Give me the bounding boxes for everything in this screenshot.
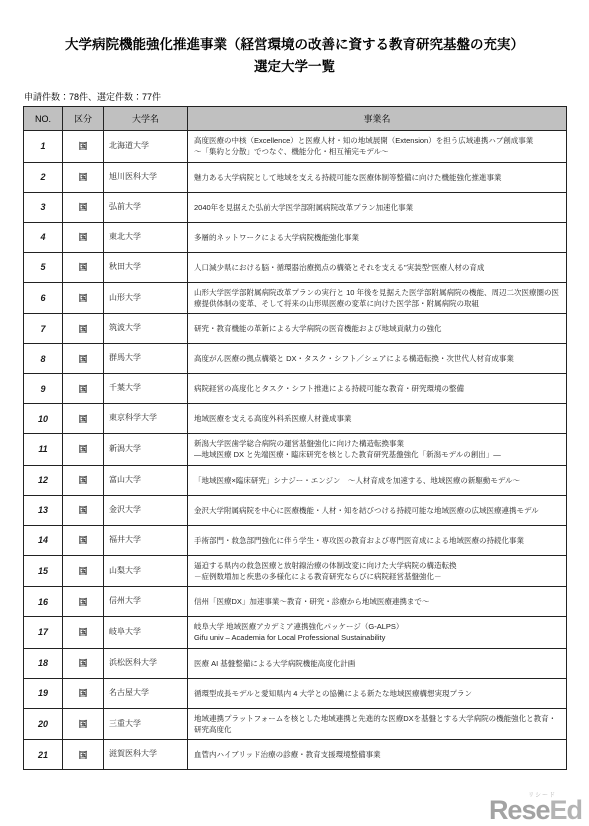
header-university: 大学名	[104, 107, 188, 131]
row-category: 国	[63, 678, 104, 708]
row-project-line: 高度医療の中核（Excellence）と医療人材・知の地域展開（Extensio…	[194, 135, 562, 146]
row-project: 人口減少県における脳・循環器治療拠点の構築とそれを支える"実装型"医療人材の育成	[188, 252, 567, 282]
row-category: 国	[63, 617, 104, 649]
row-university: 山形大学	[104, 282, 188, 314]
row-project: 岐阜大学 地域医療アカデミア連携強化パッケージ（G-ALPS）Gifu univ…	[188, 617, 567, 649]
row-number: 18	[24, 648, 63, 678]
row-project-line: 医療 AI 基盤整備による大学病院機能高度化計画	[194, 658, 562, 669]
row-university: 福井大学	[104, 525, 188, 555]
row-university: 信州大学	[104, 587, 188, 617]
row-university: 北海道大学	[104, 131, 188, 163]
table-row: 4国東北大学多層的ネットワークによる大学病院機能強化事業	[24, 222, 567, 252]
row-number: 4	[24, 222, 63, 252]
table-row: 1国北海道大学高度医療の中核（Excellence）と医療人材・知の地域展開（E…	[24, 131, 567, 163]
table-row: 17国岐阜大学岐阜大学 地域医療アカデミア連携強化パッケージ（G-ALPS）Gi…	[24, 617, 567, 649]
row-project: 新潟大学医歯学総合病院の運営基盤強化に向けた構造転換事業―地域医療 DX と先端…	[188, 434, 567, 466]
row-category: 国	[63, 192, 104, 222]
row-university: 東京科学大学	[104, 404, 188, 434]
row-category: 国	[63, 222, 104, 252]
table-row: 2国旭川医科大学魅力ある大学病院として地域を支える持続可能な医療体制等整備に向け…	[24, 162, 567, 192]
row-project-line: 岐阜大学 地域医療アカデミア連携強化パッケージ（G-ALPS）	[194, 621, 562, 632]
row-project: 病院経営の高度化とタスク・シフト推進による持続可能な教育・研究環境の整備	[188, 374, 567, 404]
row-project: 研究・教育機能の革新による大学病院の医育機能および地域貢献力の強化	[188, 314, 567, 344]
row-project-line: 新潟大学医歯学総合病院の運営基盤強化に向けた構造転換事業	[194, 438, 562, 449]
row-number: 2	[24, 162, 63, 192]
row-number: 8	[24, 344, 63, 374]
row-project: 血管内ハイブリッド治療の診療・教育支援環境整備事業	[188, 740, 567, 770]
row-category: 国	[63, 404, 104, 434]
row-university: 富山大学	[104, 465, 188, 495]
table-row: 13国金沢大学金沢大学附属病院を中心に医療機能・人材・知を結びつける持続可能な地…	[24, 495, 567, 525]
row-number: 3	[24, 192, 63, 222]
table-row: 10国東京科学大学地域医療を支える高度外科系医療人材養成事業	[24, 404, 567, 434]
row-project-line: 血管内ハイブリッド治療の診療・教育支援環境整備事業	[194, 749, 562, 760]
header-no: NO.	[24, 107, 63, 131]
row-number: 17	[24, 617, 63, 649]
row-number: 10	[24, 404, 63, 434]
row-category: 国	[63, 374, 104, 404]
page-title-line2: 選定大学一覧	[23, 56, 566, 78]
table-row: 5国秋田大学人口減少県における脳・循環器治療拠点の構築とそれを支える"実装型"医…	[24, 252, 567, 282]
table-row: 16国信州大学信州「医療DX」加速事業～教育・研究・診療から地域医療連携まで～	[24, 587, 567, 617]
table-row: 6国山形大学山形大学医学部附属病院改革プランの実行と 10 年後を見据えた医学部…	[24, 282, 567, 314]
row-project-line: ～「集約と分散」でつなぐ、機能分化・相互補完モデル～	[194, 146, 562, 157]
row-category: 国	[63, 314, 104, 344]
row-project: 多層的ネットワークによる大学病院機能強化事業	[188, 222, 567, 252]
row-number: 16	[24, 587, 63, 617]
row-university: 群馬大学	[104, 344, 188, 374]
row-category: 国	[63, 648, 104, 678]
row-project-line: 2040年を見据えた弘前大学医学部附属病院改革プラン加速化事業	[194, 202, 562, 213]
row-number: 7	[24, 314, 63, 344]
row-category: 国	[63, 344, 104, 374]
row-number: 12	[24, 465, 63, 495]
row-project-line: 手術部門・救急部門強化に伴う学生・専攻医の教育および専門医育成による地域医療の持…	[194, 535, 562, 546]
document-page: 大学病院機能強化推進事業（経営環境の改善に資する教育研究基盤の充実） 選定大学一…	[0, 0, 589, 826]
row-university: 金沢大学	[104, 495, 188, 525]
row-number: 19	[24, 678, 63, 708]
row-number: 13	[24, 495, 63, 525]
reseed-logo-text: Rese	[489, 795, 550, 825]
row-university: 東北大学	[104, 222, 188, 252]
table-row: 14国福井大学手術部門・救急部門強化に伴う学生・専攻医の教育および専門医育成によ…	[24, 525, 567, 555]
application-counts: 申請件数：78件、選定件数：77件	[24, 90, 566, 103]
row-project: 手術部門・救急部門強化に伴う学生・専攻医の教育および専門医育成による地域医療の持…	[188, 525, 567, 555]
row-number: 15	[24, 555, 63, 587]
row-project: 山形大学医学部附属病院改革プランの実行と 10 年後を見据えた医学部附属病院の機…	[188, 282, 567, 314]
row-category: 国	[63, 434, 104, 466]
row-project-line: 魅力ある大学病院として地域を支える持続可能な医療体制等整備に向けた機能強化推進事…	[194, 172, 562, 183]
row-project-line: 多層的ネットワークによる大学病院機能強化事業	[194, 232, 562, 243]
row-project-line: Gifu univ – Academia for Local Professio…	[194, 632, 562, 643]
row-university: 秋田大学	[104, 252, 188, 282]
table-row: 18国浜松医科大学医療 AI 基盤整備による大学病院機能高度化計画	[24, 648, 567, 678]
row-project: 循環型成長モデルと愛知県内 4 大学との協働による新たな地域医療構想実現プラン	[188, 678, 567, 708]
row-project: 高度医療の中核（Excellence）と医療人材・知の地域展開（Extensio…	[188, 131, 567, 163]
row-project: 2040年を見据えた弘前大学医学部附属病院改革プラン加速化事業	[188, 192, 567, 222]
row-university: 山梨大学	[104, 555, 188, 587]
table-row: 9国千葉大学病院経営の高度化とタスク・シフト推進による持続可能な教育・研究環境の…	[24, 374, 567, 404]
row-project: 地域医療を支える高度外科系医療人材養成事業	[188, 404, 567, 434]
row-university: 名古屋大学	[104, 678, 188, 708]
row-project: 金沢大学附属病院を中心に医療機能・人材・知を結びつける持続可能な地域医療の広域医…	[188, 495, 567, 525]
row-project-line: 地域医療を支える高度外科系医療人材養成事業	[194, 413, 562, 424]
row-project: 医療 AI 基盤整備による大学病院機能高度化計画	[188, 648, 567, 678]
row-university: 三重大学	[104, 708, 188, 740]
row-category: 国	[63, 465, 104, 495]
table-row: 11国新潟大学新潟大学医歯学総合病院の運営基盤強化に向けた構造転換事業―地域医療…	[24, 434, 567, 466]
row-university: 新潟大学	[104, 434, 188, 466]
table-row: 8国群馬大学高度がん医療の拠点構築と DX・タスク・シフト／シェアによる構造転換…	[24, 344, 567, 374]
row-project: 逼迫する県内の救急医療と放射線治療の体制改変に向けた大学病院の構造転換－症例数増…	[188, 555, 567, 587]
table-row: 7国筑波大学研究・教育機能の革新による大学病院の医育機能および地域貢献力の強化	[24, 314, 567, 344]
page-title: 大学病院機能強化推進事業（経営環境の改善に資する教育研究基盤の充実） 選定大学一…	[23, 34, 566, 77]
row-project-line: ―地域医療 DX と先端医療・臨床研究を核とした教育研究基盤強化「新潟モデルの創…	[194, 449, 562, 460]
row-project: 「地域医療×臨床研究」シナジー・エンジン ～人材育成を加速する、地域医療の新駆動…	[188, 465, 567, 495]
row-category: 国	[63, 131, 104, 163]
table-body: 1国北海道大学高度医療の中核（Excellence）と医療人材・知の地域展開（E…	[24, 131, 567, 770]
row-project-line: 病院経営の高度化とタスク・シフト推進による持続可能な教育・研究環境の整備	[194, 383, 562, 394]
row-category: 国	[63, 252, 104, 282]
row-project-line: 「地域医療×臨床研究」シナジー・エンジン ～人材育成を加速する、地域医療の新駆動…	[194, 475, 562, 486]
row-category: 国	[63, 162, 104, 192]
row-project-line: －症例数増加と疾患の多様化による教育研究ならびに病院経営基盤強化－	[194, 571, 562, 582]
row-project: 高度がん医療の拠点構築と DX・タスク・シフト／シェアによる構造転換・次世代人材…	[188, 344, 567, 374]
row-project-line: 信州「医療DX」加速事業～教育・研究・診療から地域医療連携まで～	[194, 596, 562, 607]
header-project: 事業名	[188, 107, 567, 131]
table-row: 21国滋賀医科大学血管内ハイブリッド治療の診療・教育支援環境整備事業	[24, 740, 567, 770]
row-number: 6	[24, 282, 63, 314]
row-university: 浜松医科大学	[104, 648, 188, 678]
row-number: 1	[24, 131, 63, 163]
row-project: 魅力ある大学病院として地域を支える持続可能な医療体制等整備に向けた機能強化推進事…	[188, 162, 567, 192]
page-title-line1: 大学病院機能強化推進事業（経営環境の改善に資する教育研究基盤の充実）	[23, 34, 566, 56]
table-row: 12国富山大学「地域医療×臨床研究」シナジー・エンジン ～人材育成を加速する、地…	[24, 465, 567, 495]
row-project: 信州「医療DX」加速事業～教育・研究・診療から地域医療連携まで～	[188, 587, 567, 617]
row-number: 20	[24, 708, 63, 740]
header-category: 区分	[63, 107, 104, 131]
row-university: 千葉大学	[104, 374, 188, 404]
row-project-line: 研究・教育機能の革新による大学病院の医育機能および地域貢献力の強化	[194, 323, 562, 334]
table-row: 20国三重大学地域連携プラットフォームを核とした地域連携と先進的な医療DXを基盤…	[24, 708, 567, 740]
row-number: 5	[24, 252, 63, 282]
row-university: 岐阜大学	[104, 617, 188, 649]
row-category: 国	[63, 708, 104, 740]
reseed-logo-accent: Ed	[549, 795, 582, 825]
row-project-line: 高度がん医療の拠点構築と DX・タスク・シフト／シェアによる構造転換・次世代人材…	[194, 353, 562, 364]
reseed-logo-ruby: リシード	[528, 793, 556, 799]
selected-universities-table: NO. 区分 大学名 事業名 1国北海道大学高度医療の中核（Excellence…	[23, 106, 567, 770]
row-project-line: 人口減少県における脳・循環器治療拠点の構築とそれを支える"実装型"医療人材の育成	[194, 262, 562, 273]
row-category: 国	[63, 495, 104, 525]
row-university: 筑波大学	[104, 314, 188, 344]
row-project: 地域連携プラットフォームを核とした地域連携と先進的な医療DXを基盤とする大学病院…	[188, 708, 567, 740]
row-number: 9	[24, 374, 63, 404]
row-number: 21	[24, 740, 63, 770]
row-category: 国	[63, 587, 104, 617]
row-project-line: 逼迫する県内の救急医療と放射線治療の体制改変に向けた大学病院の構造転換	[194, 560, 562, 571]
row-university: 弘前大学	[104, 192, 188, 222]
row-project-line: 金沢大学附属病院を中心に医療機能・人材・知を結びつける持続可能な地域医療の広域医…	[194, 505, 562, 516]
row-category: 国	[63, 282, 104, 314]
table-row: 15国山梨大学逼迫する県内の救急医療と放射線治療の体制改変に向けた大学病院の構造…	[24, 555, 567, 587]
table-header-row: NO. 区分 大学名 事業名	[24, 107, 567, 131]
table-header: NO. 区分 大学名 事業名	[24, 107, 567, 131]
row-category: 国	[63, 525, 104, 555]
row-project-line: 循環型成長モデルと愛知県内 4 大学との協働による新たな地域医療構想実現プラン	[194, 688, 562, 699]
table-row: 19国名古屋大学循環型成長モデルと愛知県内 4 大学との協働による新たな地域医療…	[24, 678, 567, 708]
row-number: 14	[24, 525, 63, 555]
table-row: 3国弘前大学2040年を見据えた弘前大学医学部附属病院改革プラン加速化事業	[24, 192, 567, 222]
row-project-line: 地域連携プラットフォームを核とした地域連携と先進的な医療DXを基盤とする大学病院…	[194, 713, 562, 736]
row-category: 国	[63, 740, 104, 770]
row-university: 滋賀医科大学	[104, 740, 188, 770]
row-category: 国	[63, 555, 104, 587]
row-number: 11	[24, 434, 63, 466]
reseed-logo: リシードReseEd	[489, 797, 582, 824]
row-university: 旭川医科大学	[104, 162, 188, 192]
row-project-line: 山形大学医学部附属病院改革プランの実行と 10 年後を見据えた医学部附属病院の機…	[194, 287, 562, 310]
